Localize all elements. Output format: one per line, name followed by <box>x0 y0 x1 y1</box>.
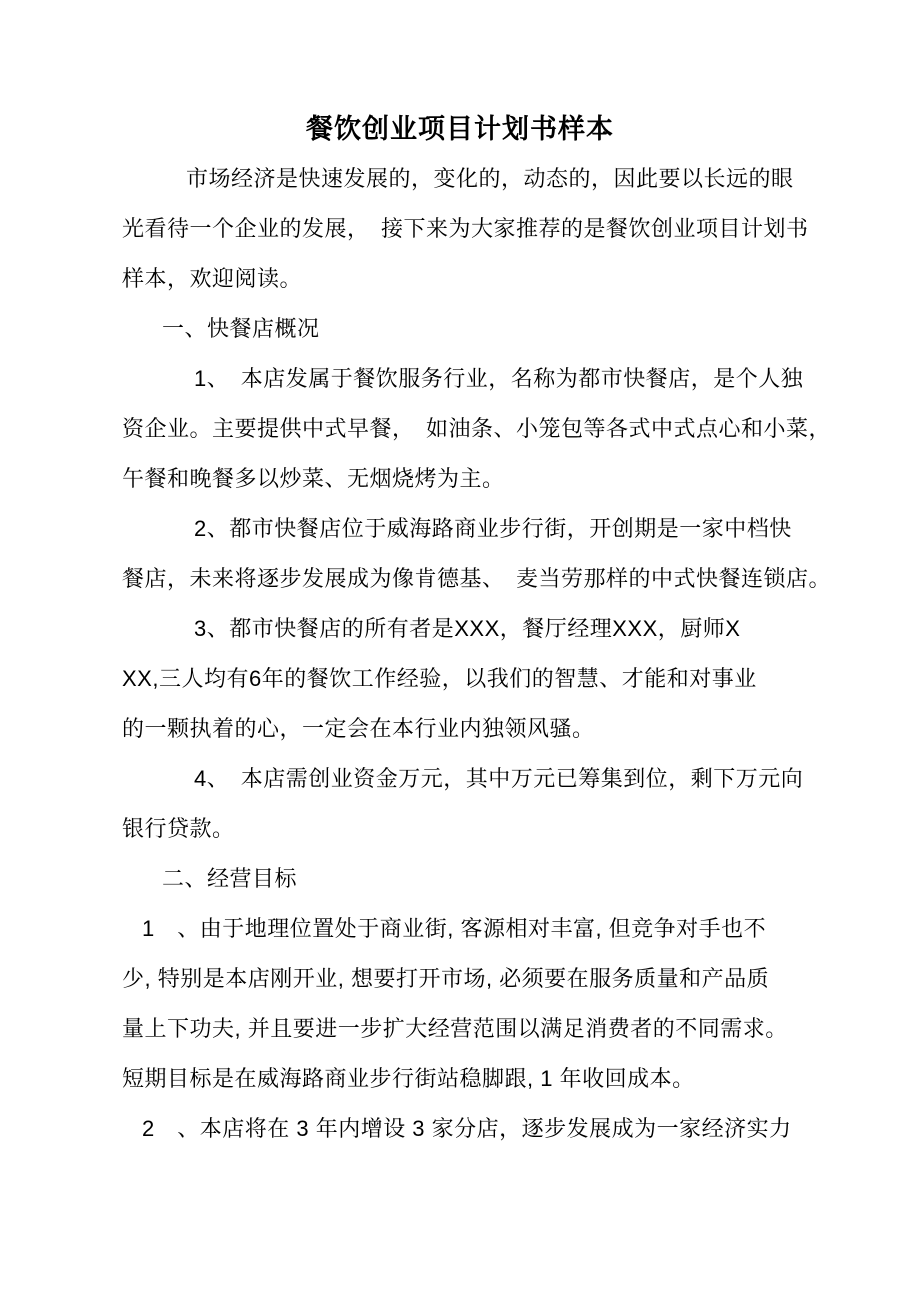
section-2-item-1: 1 、由于地理位置处于商业街, 客源相对丰富, 但竞争对手也不 少, 特别是本店… <box>122 904 880 1104</box>
section-1-item-2: 2、都市快餐店位于威海路商业步行街，开创期是一家中档快 餐店，未来将逐步发展成为… <box>122 504 880 604</box>
intro-paragraph: 市场经济是快速发展的，变化的，动态的，因此要以长远的眼 光看待一个企业的发展， … <box>122 154 880 304</box>
section-1-item-4: 4、 本店需创业资金万元，其中万元已筹集到位，剩下万元向 银行贷款。 <box>122 754 880 854</box>
section-2-heading: 二、经营目标 <box>122 854 880 904</box>
section-1-heading: 一、快餐店概况 <box>122 304 880 354</box>
document-title: 餐饮创业项目计划书样本 <box>0 104 920 154</box>
section-1-item-1: 1、 本店发属于餐饮服务行业，名称为都市快餐店，是个人独 资企业。主要提供中式早… <box>122 354 880 504</box>
document-body: 市场经济是快速发展的，变化的，动态的，因此要以长远的眼 光看待一个企业的发展， … <box>0 154 920 1154</box>
document-page: 餐饮创业项目计划书样本 市场经济是快速发展的，变化的，动态的，因此要以长远的眼 … <box>0 0 920 1303</box>
section-2-item-2: 2 、本店将在 3 年内增设 3 家分店，逐步发展成为一家经济实力 <box>122 1104 880 1154</box>
section-1-item-3: 3、都市快餐店的所有者是XXX，餐厅经理XXX，厨师X XX,三人均有6年的餐饮… <box>122 604 880 754</box>
